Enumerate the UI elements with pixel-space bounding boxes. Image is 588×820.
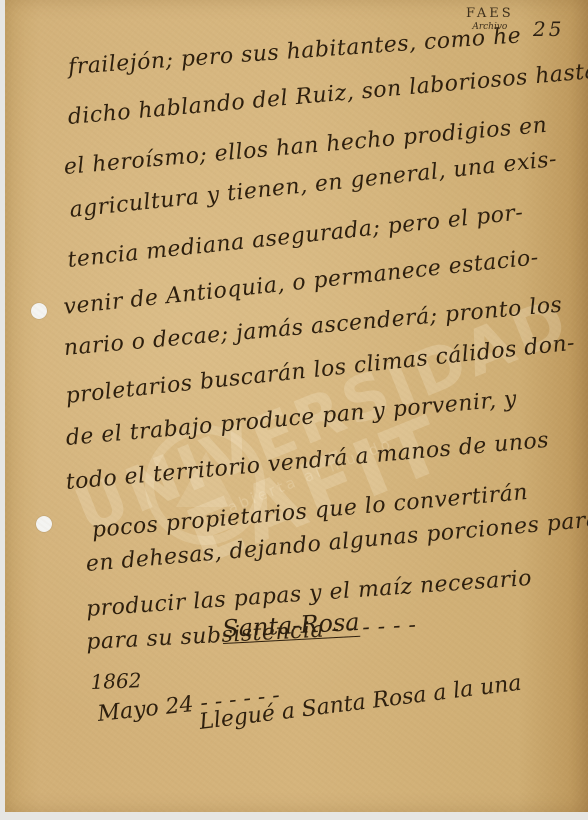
page-number: 25 bbox=[533, 17, 564, 41]
punch-hole-bottom bbox=[36, 516, 52, 532]
entry-year: 1862 bbox=[90, 668, 142, 694]
punch-hole-top bbox=[31, 303, 47, 319]
scanned-document-viewer: UNIVERSIDAD EAFIT abierta al mundo FAES … bbox=[0, 0, 588, 820]
manuscript-page: UNIVERSIDAD EAFIT abierta al mundo FAES … bbox=[5, 0, 588, 812]
archive-institution: FAES bbox=[466, 6, 514, 21]
